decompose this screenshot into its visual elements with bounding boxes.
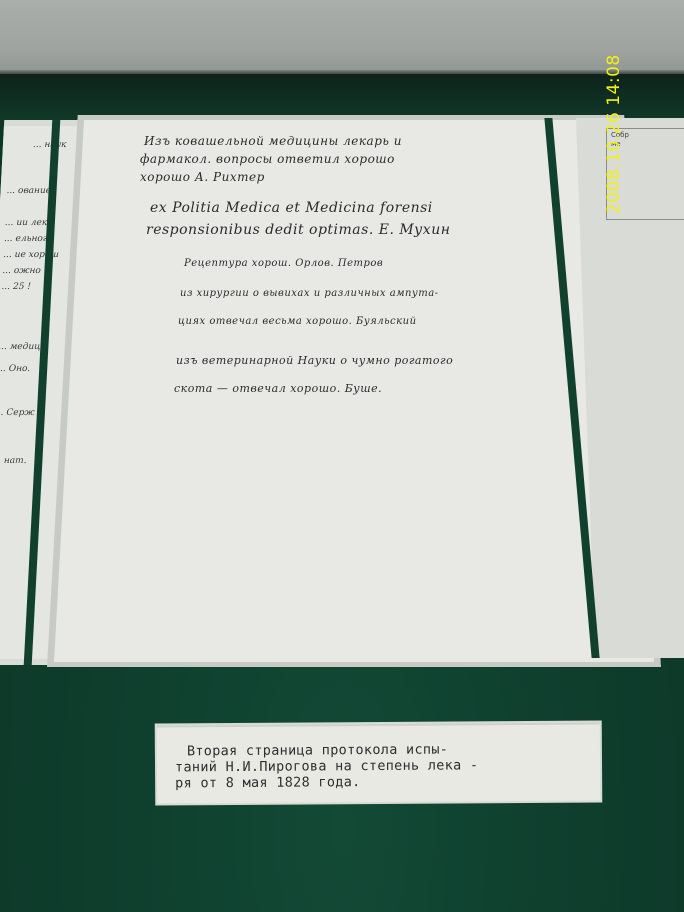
handwritten-line: изъ ветеринарной Науки о чумно рогатого	[176, 354, 453, 367]
left-line: ... наук	[33, 140, 67, 150]
handwritten-line: фармакол. вопросы ответил хорошо	[140, 152, 395, 166]
left-line: ... нат.	[0, 456, 27, 466]
caption-text: Вторая страница протокола испы- таний Н.…	[175, 741, 585, 792]
handwritten-line: из хирургии о вывихах и различных ампута…	[180, 288, 439, 299]
left-line: ... 25 !	[1, 282, 31, 292]
camera-timestamp: 2008.10.26 14:08	[604, 54, 624, 214]
handwritten-line: Рецептура хорош. Орлов. Петров	[184, 258, 383, 269]
left-line: ... ожно	[2, 266, 41, 276]
handwritten-line: Изъ ковашельной медицины лекарь и	[144, 134, 402, 148]
handwritten-line: responsionibus dedit optimas. Е. Мухин	[146, 222, 450, 238]
wall-background	[0, 0, 684, 74]
handwritten-line: ex Politia Medica et Medicina forensi	[150, 200, 433, 216]
left-line: ... Серж	[0, 408, 35, 418]
main-document: Изъ ковашельной медицины лекарь и фармак…	[54, 120, 654, 662]
board-shadow	[0, 74, 684, 122]
left-line: ... ование.	[6, 186, 54, 196]
caption-label: Вторая страница протокола испы- таний Н.…	[157, 722, 601, 803]
left-line: ... Оно.	[0, 364, 31, 374]
caption-line: ря от 8 мая 1828 года.	[175, 773, 585, 792]
left-line: ... медиц	[0, 342, 41, 352]
handwritten-line: скота — отвечал хорошо. Буше.	[174, 382, 382, 395]
handwritten-line: циях отвечал весьма хорошо. Буяльский	[178, 316, 417, 327]
left-line: ... ии лек	[5, 218, 48, 228]
handwritten-line: хорошо А. Рихтер	[140, 170, 265, 184]
